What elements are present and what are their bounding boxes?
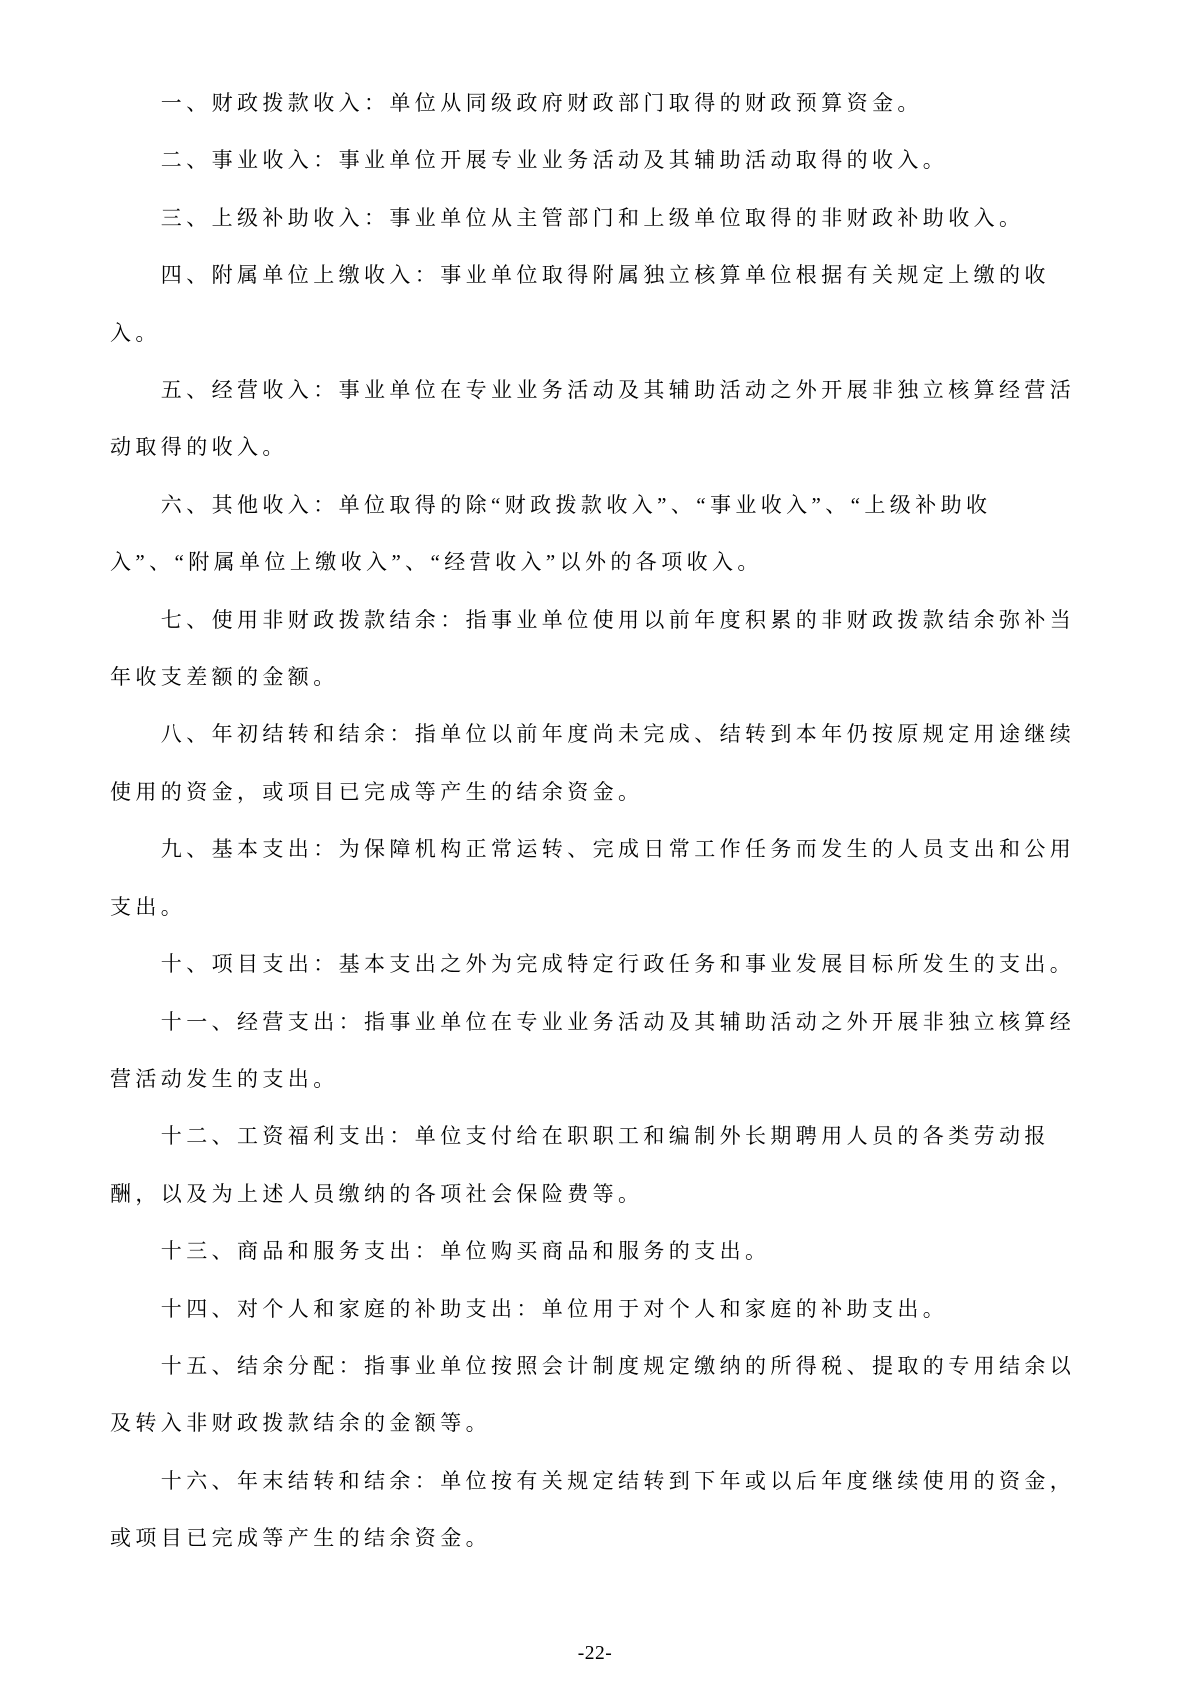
paragraph-term-15: 十五、结余分配：指事业单位按照会计制度规定缴纳的所得税、提取的专用结余以及转入非… [110,1338,1090,1453]
paragraph-term-6: 六、其他收入：单位取得的除“财政拨款收入”、“事业收入”、“上级补助收入”、“附… [110,477,1090,592]
paragraph-term-7: 七、使用非财政拨款结余：指事业单位使用以前年度积累的非财政拨款结余弥补当年收支差… [110,592,1090,707]
document-body: 一、财政拨款收入：单位从同级政府财政部门取得的财政预算资金。 二、事业收入：事业… [110,75,1090,1568]
paragraph-term-12: 十二、工资福利支出：单位支付给在职职工和编制外长期聘用人员的各类劳动报酬，以及为… [110,1108,1090,1223]
paragraph-term-5: 五、经营收入：事业单位在专业业务活动及其辅助活动之外开展非独立核算经营活动取得的… [110,362,1090,477]
paragraph-term-1: 一、财政拨款收入：单位从同级政府财政部门取得的财政预算资金。 [110,75,1090,132]
paragraph-term-14: 十四、对个人和家庭的补助支出：单位用于对个人和家庭的补助支出。 [110,1281,1090,1338]
paragraph-term-16: 十六、年末结转和结余：单位按有关规定结转到下年或以后年度继续使用的资金，或项目已… [110,1453,1090,1568]
paragraph-term-8: 八、年初结转和结余：指单位以前年度尚未完成、结转到本年仍按原规定用途继续使用的资… [110,706,1090,821]
paragraph-term-9: 九、基本支出：为保障机构正常运转、完成日常工作任务而发生的人员支出和公用支出。 [110,821,1090,936]
paragraph-term-4: 四、附属单位上缴收入：事业单位取得附属独立核算单位根据有关规定上缴的收入。 [110,247,1090,362]
document-page: { "page": { "number_label": "-22-", "bac… [0,0,1190,1684]
paragraph-term-13: 十三、商品和服务支出：单位购买商品和服务的支出。 [110,1223,1090,1280]
paragraph-term-2: 二、事业收入：事业单位开展专业业务活动及其辅助活动取得的收入。 [110,132,1090,189]
paragraph-term-3: 三、上级补助收入：事业单位从主管部门和上级单位取得的非财政补助收入。 [110,190,1090,247]
page-footer: -22- [0,1641,1190,1667]
page-number: -22- [578,1643,613,1664]
paragraph-term-11: 十一、经营支出：指事业单位在专业业务活动及其辅助活动之外开展非独立核算经营活动发… [110,994,1090,1109]
paragraph-term-10: 十、项目支出：基本支出之外为完成特定行政任务和事业发展目标所发生的支出。 [110,936,1090,993]
